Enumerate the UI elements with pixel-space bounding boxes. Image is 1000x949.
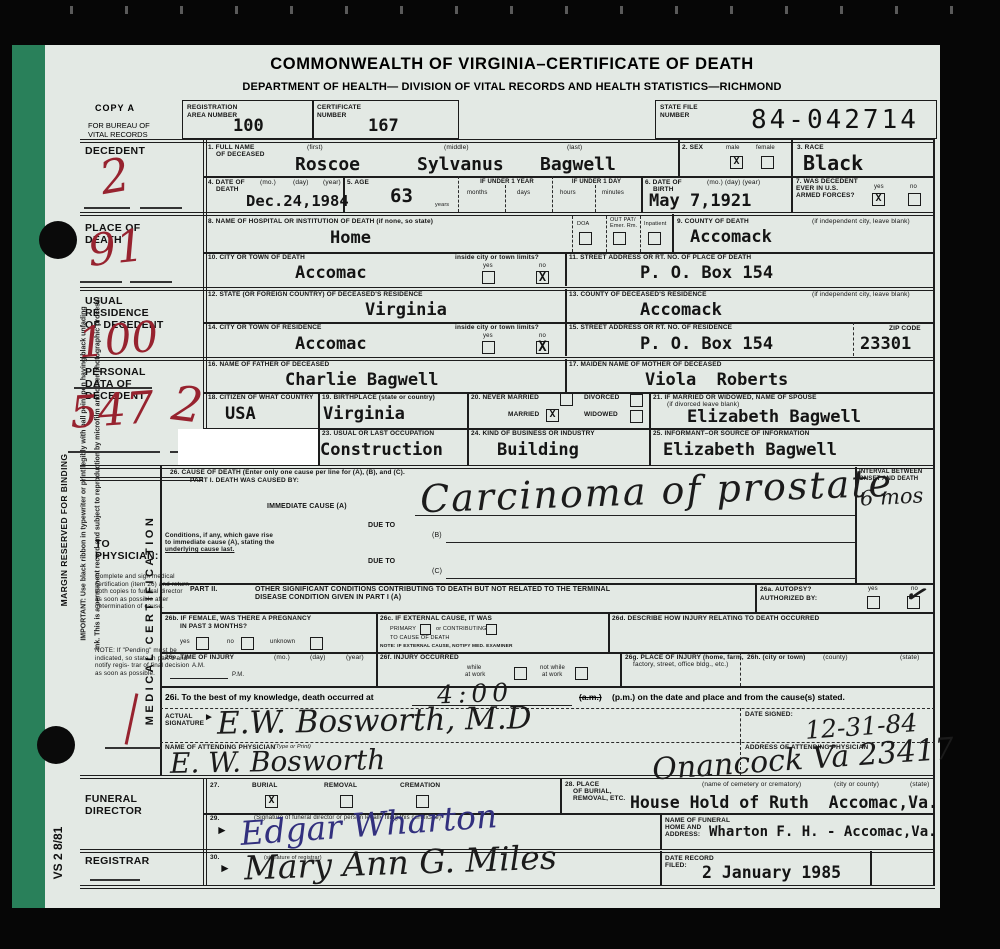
external-note-label: NOTE: IF EXTERNAL CAUSE, NOTIFY MED. EXA…: [380, 644, 513, 650]
physician-pending-note: NOTE: If "Pending" must be indicated, so…: [95, 647, 191, 677]
autopsy-yes-checkbox: [867, 596, 880, 609]
father-value: Charlie Bagwell: [285, 370, 439, 390]
occupation-value: Construction: [320, 440, 443, 460]
field1-label2: OF DECEASED: [216, 151, 265, 159]
state-file-box: STATE FILE NUMBER 84-042714: [655, 100, 937, 139]
field9-label: 9. COUNTY OF DEATH: [677, 218, 749, 226]
doa-label: DOA: [577, 221, 589, 228]
pregnancy-yes-checkbox: [196, 637, 209, 650]
sex-female-label: female: [756, 145, 775, 152]
field26i-pre: 26i. To the best of my knowledge, death …: [165, 692, 374, 702]
res-limits-yes-label: yes: [483, 333, 493, 340]
pregnancy-unknown-checkbox: [310, 637, 323, 650]
field13-label: 13. COUNTY OF DECEASED'S RESIDENCE: [569, 291, 707, 299]
physician-note: Complete and sign medical certification …: [95, 573, 191, 611]
burial-place-value: House Hold of Ruth Accomac,Va.: [630, 793, 938, 812]
redaction-box: [178, 429, 318, 465]
burial-label: BURIAL: [252, 782, 277, 790]
field26g-label2: factory, street, office bldg., etc.): [633, 661, 728, 669]
injury-day-hint: (day): [310, 654, 326, 662]
field4-hint-day: (day): [293, 179, 309, 187]
margin-binding-text: MARGIN RESERVED FOR BINDING: [59, 450, 69, 610]
attending-address-handwriting: Onancock Va 23417: [651, 731, 955, 787]
due-to-b-label: DUE TO: [368, 522, 395, 530]
field20-widowed-label: WIDOWED: [584, 411, 618, 419]
field28-hint-city: (city or county): [834, 781, 879, 789]
limits-no-checkbox: X: [536, 271, 549, 284]
binding-strip: [12, 45, 45, 908]
name-last: Bagwell: [540, 154, 616, 175]
section-funeral-2: DIRECTOR: [85, 805, 142, 818]
field19-label: 19. BIRTHPLACE (state or country): [322, 394, 435, 402]
forces-yes-checkbox: X: [872, 193, 885, 206]
section-funeral-1: FUNERAL: [85, 793, 137, 806]
sex-female-checkbox: [761, 156, 774, 169]
sex-male-checkbox: X: [730, 156, 743, 169]
injury-am-label: A.M.: [192, 663, 205, 670]
due-to-b-letter: (B): [432, 532, 442, 540]
death-county-value: Accomack: [690, 227, 772, 247]
section-to-physician-1: TO: [95, 538, 110, 551]
bureau-label: FOR BUREAU OF VITAL RECORDS: [88, 121, 162, 140]
certificate-page: MARGIN RESERVED FOR BINDING IMPORTANT: U…: [12, 45, 940, 908]
hospital-value: Home: [330, 228, 371, 248]
under-day-minutes: minutes: [602, 190, 624, 197]
field18-label: 18. CITIZEN OF WHAT COUNTRY: [208, 394, 314, 402]
conditions-label3: underlying cause last.: [165, 546, 234, 554]
state-file-label: STATE FILE NUMBER: [660, 104, 715, 120]
pregnancy-no-checkbox: [241, 637, 254, 650]
date-filed-value: 2 January 1985: [702, 863, 841, 882]
immediate-cause-label: IMMEDIATE CAUSE (A): [267, 503, 347, 511]
injury-year-hint: (year): [346, 654, 364, 662]
field26f-label: 26f. INJURY OCCURRED: [380, 654, 459, 662]
due-to-c-letter: (C): [432, 568, 442, 576]
res-limits-no-checkbox: X: [536, 341, 549, 354]
field4-hint-year: (year): [323, 179, 341, 187]
under-year-label: IF UNDER 1 YEAR: [462, 179, 552, 186]
red-mark-personal-b: 2: [169, 375, 206, 434]
registration-area-box: REGISTRATION AREA NUMBER 100: [182, 100, 314, 139]
field27-number: 27.: [210, 782, 220, 790]
field20-married-label: MARRIED: [508, 411, 539, 419]
section-personal-1: PERSONAL: [85, 366, 146, 379]
residence-state-value: Virginia: [365, 300, 447, 320]
while-at-work-checkbox: [514, 667, 527, 680]
red-mark-residence: 100: [76, 312, 160, 368]
external-contributing-checkbox: [486, 624, 497, 635]
name-middle: Sylvanus: [417, 154, 504, 175]
funeral-home-label3: ADDRESS:: [665, 831, 700, 839]
residence-address-value: P. O. Box 154: [640, 334, 773, 354]
forces-yes-label: yes: [874, 184, 884, 191]
field8-label: 8. NAME OF HOSPITAL OR INSTITUTION OF DE…: [208, 218, 433, 226]
pregnancy-unknown-label: unknown: [270, 639, 295, 646]
death-city-value: Accomac: [295, 263, 367, 283]
limits-yes-checkbox: [482, 271, 495, 284]
removal-label: REMOVAL: [324, 782, 357, 790]
cause-of-death-handwriting: Carcinoma of prostate: [419, 461, 893, 521]
field26h-city-label: 26h. (city or town): [747, 654, 805, 662]
section-registrar: REGISTRAR: [85, 855, 150, 868]
inpatient-checkbox: [648, 232, 661, 245]
signature-arrow-icon: ►: [204, 712, 214, 723]
field26h-state-label: (state): [900, 654, 919, 662]
death-date-value: Dec.24,1984: [246, 192, 349, 210]
not-while-at-work-checkbox: [575, 667, 588, 680]
age-unit: years: [435, 202, 449, 209]
red-mark-physician: [125, 693, 139, 744]
forces-no-checkbox: [908, 193, 921, 206]
field26b-label1: 26b. IF FEMALE, WAS THERE A PREGNANCY: [165, 615, 311, 623]
field11-label: 11. STREET ADDRESS OR RT. NO. OF PLACE O…: [569, 254, 751, 262]
copy-label: COPY A: [95, 103, 135, 113]
citizen-value: USA: [225, 404, 256, 424]
informant-value: Elizabeth Bagwell: [663, 440, 837, 460]
field2-label: 2. SEX: [682, 144, 703, 152]
field13-hint: (if independent city, leave blank): [812, 291, 910, 299]
limits-yes-label: yes: [483, 263, 493, 270]
field20-divorced-label: DIVORCED: [584, 394, 620, 402]
divorced-checkbox: [630, 394, 643, 407]
pregnancy-no-label: no: [227, 639, 234, 646]
under-year-months: months: [467, 190, 488, 197]
red-mark-personal-a: 547: [68, 382, 155, 439]
field4-label2: DEATH: [216, 186, 239, 194]
outpat-checkbox: [613, 232, 626, 245]
field6-hints: (mo.) (day) (year): [707, 179, 760, 187]
external-contributing-label: or CONTRIBUTING: [436, 626, 487, 633]
red-mark-place: 91: [85, 220, 146, 277]
injury-mo-hint: (mo.): [274, 654, 290, 662]
external-primary-label: PRIMARY: [390, 626, 416, 633]
field16-label: 16. NAME OF FATHER OF DECEASED: [208, 361, 329, 369]
section-residence-1: USUAL: [85, 295, 123, 308]
res-limits-yes-checkbox: [482, 341, 495, 354]
outpat-label2: Emer. Rm.: [610, 223, 637, 230]
birthplace-value: Virginia: [323, 404, 405, 424]
sex-male-label: male: [726, 145, 740, 152]
birth-date-value: May 7,1921: [649, 191, 751, 211]
funeral-home-value: Wharton F. H. - Accomac,Va.: [709, 824, 937, 840]
never-married-checkbox: [560, 393, 573, 406]
under-day-hours: hours: [560, 190, 576, 197]
field26c-label: 26c. IF EXTERNAL CAUSE, IT WAS: [380, 615, 492, 623]
field7-label3: ARMED FORCES?: [796, 192, 855, 200]
widowed-checkbox: [630, 410, 643, 423]
field1-hint-first: (first): [307, 144, 323, 152]
notwhile-label2: at work: [542, 672, 562, 679]
field14-limits-label: inside city or town limits?: [455, 324, 539, 332]
field17-label: 17. MAIDEN NAME OF MOTHER OF DECEASED: [569, 361, 722, 369]
field12-label: 12. STATE (OR FOREIGN COUNTRY) OF DECEAS…: [208, 291, 423, 299]
part2-label: PART II.: [190, 586, 218, 594]
external-tocause-label: TO CAUSE OF DEATH: [390, 635, 450, 642]
page-subtitle: DEPARTMENT OF HEALTH— DIVISION OF VITAL …: [162, 81, 862, 93]
part1-label: PART I. DEATH WAS CAUSED BY:: [190, 477, 299, 485]
cremation-label: CREMATION: [400, 782, 440, 790]
spouse-value: Elizabeth Bagwell: [687, 407, 861, 427]
field4-hint-mo: (mo.): [260, 179, 276, 187]
field1-hint-middle: (middle): [444, 144, 469, 152]
funeral-signature-arrow-icon: ►: [216, 823, 228, 837]
autopsy-no-checkmark: ✓: [902, 577, 928, 610]
field28-hint-state: (state): [910, 781, 929, 789]
residence-city-value: Accomac: [295, 334, 367, 354]
date-signed-label: DATE SIGNED:: [745, 711, 793, 719]
field20-never-label: 20. NEVER MARRIED: [471, 394, 539, 402]
registration-area-value: 100: [233, 116, 264, 136]
field26i-post: (p.m.) on the date and place and from th…: [612, 692, 845, 702]
medical-certification-vertical-label: MEDICAL CERTIFICATION: [144, 500, 156, 740]
pregnancy-yes-label: yes: [180, 639, 190, 646]
field28-label3: REMOVAL, ETC.: [573, 795, 625, 803]
attending-name-handwriting: E. W. Bosworth: [170, 743, 386, 780]
burial-checkbox: X: [265, 795, 278, 808]
section-to-physician-2: PHYSICIAN:: [95, 550, 159, 563]
field15-label: 15. STREET ADDRESS OR RT. NO. OF RESIDEN…: [569, 324, 732, 332]
name-first: Roscoe: [295, 154, 360, 175]
zip-label: ZIP CODE: [889, 325, 921, 333]
under-year-days: days: [517, 190, 530, 197]
signature-label2: SIGNATURE: [165, 720, 204, 728]
industry-value: Building: [497, 440, 579, 460]
field9-hint: (if independent city, leave blank): [812, 218, 910, 226]
field26e-label: 26e. TIME OF INJURY: [165, 654, 234, 662]
due-to-c-label: DUE TO: [368, 558, 395, 566]
field25-label: 25. INFORMANT–OR SOURCE OF INFORMATION: [653, 430, 810, 438]
race-value: Black: [803, 151, 863, 175]
certificate-number-box: CERTIFICATE NUMBER 167: [312, 100, 459, 139]
field1-hint-last: (last): [567, 144, 582, 152]
state-file-value: 84-042714: [751, 105, 919, 135]
external-primary-checkbox: [420, 624, 431, 635]
residence-county-value: Accomack: [640, 300, 722, 320]
under-day-label: IF UNDER 1 DAY: [552, 179, 641, 186]
part2-text2: DISEASE CONDITION GIVEN IN PART I (A): [255, 594, 401, 602]
mother-value: Viola Roberts: [645, 370, 788, 390]
autopsy-label2: AUTHORIZED BY:: [760, 595, 817, 603]
certificate-number-value: 167: [368, 116, 399, 136]
field10-limits-label: inside city or town limits?: [455, 254, 539, 262]
field24-label: 24. KIND OF BUSINESS OR INDUSTRY: [471, 430, 595, 438]
zip-value: 23301: [860, 334, 911, 354]
field23-label: 23. USUAL OR LAST OCCUPATION: [322, 430, 434, 438]
field14-label: 14. CITY OR TOWN OF RESIDENCE: [208, 324, 322, 332]
date-filed-label2: FILED:: [665, 862, 687, 870]
field10-label: 10. CITY OR TOWN OF DEATH: [208, 254, 305, 262]
field26b-label2: IN PAST 3 MONTHS?: [180, 623, 247, 631]
registrar-signature-arrow-icon: ►: [219, 861, 231, 875]
injury-pm-label: P.M.: [232, 672, 244, 679]
field26-label: 26. CAUSE OF DEATH (Enter only one cause…: [170, 469, 405, 477]
field26h-county-label: (county): [823, 654, 848, 662]
punch-hole: [39, 221, 77, 259]
death-address-value: P. O. Box 154: [640, 263, 773, 283]
punch-hole: [37, 726, 75, 764]
physician-signature-handwriting: E.W. Bosworth, M.D: [217, 700, 532, 741]
field5-label: 5. AGE: [347, 179, 369, 187]
field26d-label: 26d. DESCRIBE HOW INJURY RELATING TO DEA…: [612, 615, 819, 623]
married-checkbox: X: [546, 409, 559, 422]
inpatient-label: Inpatient: [644, 221, 666, 228]
field29-number: 29.: [210, 815, 220, 823]
autopsy-yes-label: yes: [868, 586, 878, 593]
doa-checkbox: [579, 232, 592, 245]
forces-no-label: no: [910, 184, 917, 191]
autopsy-label1: 26a. AUTOPSY?: [760, 586, 811, 594]
page-title: COMMONWEALTH OF VIRGINIA–CERTIFICATE OF …: [162, 55, 862, 74]
field26i-am: (a.m.): [579, 692, 602, 702]
form-code: VS 2 8/81: [51, 818, 65, 888]
age-value: 63: [390, 185, 413, 207]
